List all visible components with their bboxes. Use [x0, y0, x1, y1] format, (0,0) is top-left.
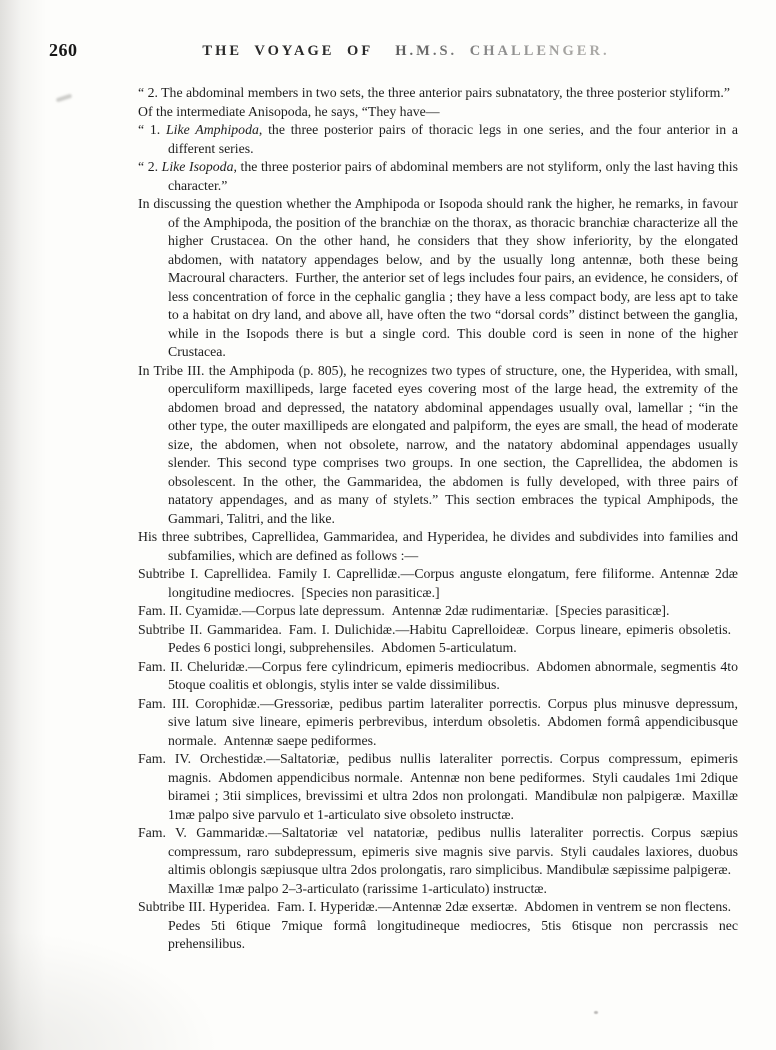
paragraph-text: Fam. II. Cyamidæ.—Corpus late depressum.…	[138, 603, 669, 618]
paragraph-text: , the three posterior pairs of abdominal…	[168, 159, 738, 193]
body-paragraph: Subtribe I. Caprellidea. Family I. Capre…	[138, 565, 738, 602]
body-paragraph: In Tribe III. the Amphipoda (p. 805), he…	[138, 362, 738, 529]
body-paragraph: Subtribe III. Hyperidea. Fam. I. Hyperid…	[138, 898, 738, 954]
body-paragraph: Fam. IV. Orchestidæ.—Saltatoriæ, pedibus…	[138, 750, 738, 824]
paragraph-text: Of the intermediate Anisopoda, he says, …	[138, 104, 440, 119]
paragraph-text: In discussing the question whether the A…	[138, 196, 738, 359]
paragraph-text: Fam. IV. Orchestidæ.—Saltatoriæ, pedibus…	[138, 751, 738, 822]
paragraph-text: Subtribe III. Hyperidea. Fam. I. Hyperid…	[138, 899, 738, 951]
body-paragraph: “ 2. Like Isopoda, the three posterior p…	[138, 158, 738, 195]
species-name-italic: Like Isopoda	[162, 159, 234, 174]
body-paragraph: His three subtribes, Caprellidea, Gammar…	[138, 528, 738, 565]
paragraph-text: Fam. II. Cheluridæ.—Corpus fere cylindri…	[138, 659, 738, 693]
page-body-text: “ 2. The abdominal members in two sets, …	[138, 84, 738, 954]
paragraph-text: In Tribe III. the Amphipoda (p. 805), he…	[138, 363, 738, 526]
document-page: 260 THE VOYAGE OF H.M.S. CHALLENGER. “ 2…	[0, 0, 776, 1050]
body-paragraph: Fam. III. Corophidæ.—Gressoriæ, pedibus …	[138, 695, 738, 751]
header-title-left: THE VOYAGE OF	[202, 43, 372, 59]
paragraph-text: Fam. V. Gammaridæ.—Saltatoriæ vel natato…	[138, 825, 738, 896]
body-paragraph: In discussing the question whether the A…	[138, 195, 738, 362]
paragraph-text: “ 2.	[138, 159, 162, 174]
paragraph-text: Subtribe II. Gammaridea. Fam. I. Dulichi…	[138, 622, 738, 656]
paragraph-text: His three subtribes, Caprellidea, Gammar…	[138, 529, 738, 563]
running-header: THE VOYAGE OF H.M.S. CHALLENGER.	[0, 43, 776, 60]
paragraph-text: “ 2. The abdominal members in two sets, …	[138, 85, 730, 100]
body-paragraph: Subtribe II. Gammaridea. Fam. I. Dulichi…	[138, 621, 738, 658]
scan-speck-mark	[594, 1011, 598, 1014]
body-paragraph: “ 1. Like Amphipoda, the three posterior…	[138, 121, 738, 158]
paragraph-text: Fam. III. Corophidæ.—Gressoriæ, pedibus …	[138, 696, 738, 748]
scan-edge-shading	[0, 0, 46, 1050]
header-title-right: H.M.S. CHALLENGER.	[395, 43, 609, 59]
paragraph-text: Subtribe I. Caprellidea. Family I. Capre…	[138, 566, 738, 600]
paragraph-text: “ 1.	[138, 122, 166, 137]
body-paragraph: Fam. II. Cheluridæ.—Corpus fere cylindri…	[138, 658, 738, 695]
body-paragraph: Fam. II. Cyamidæ.—Corpus late depressum.…	[138, 602, 738, 621]
scan-smudge-mark	[56, 94, 72, 103]
species-name-italic: Like Amphipoda	[166, 122, 259, 137]
body-paragraph: Of the intermediate Anisopoda, he says, …	[138, 103, 738, 122]
body-paragraph: Fam. V. Gammaridæ.—Saltatoriæ vel natato…	[138, 824, 738, 898]
body-paragraph: “ 2. The abdominal members in two sets, …	[138, 84, 738, 103]
